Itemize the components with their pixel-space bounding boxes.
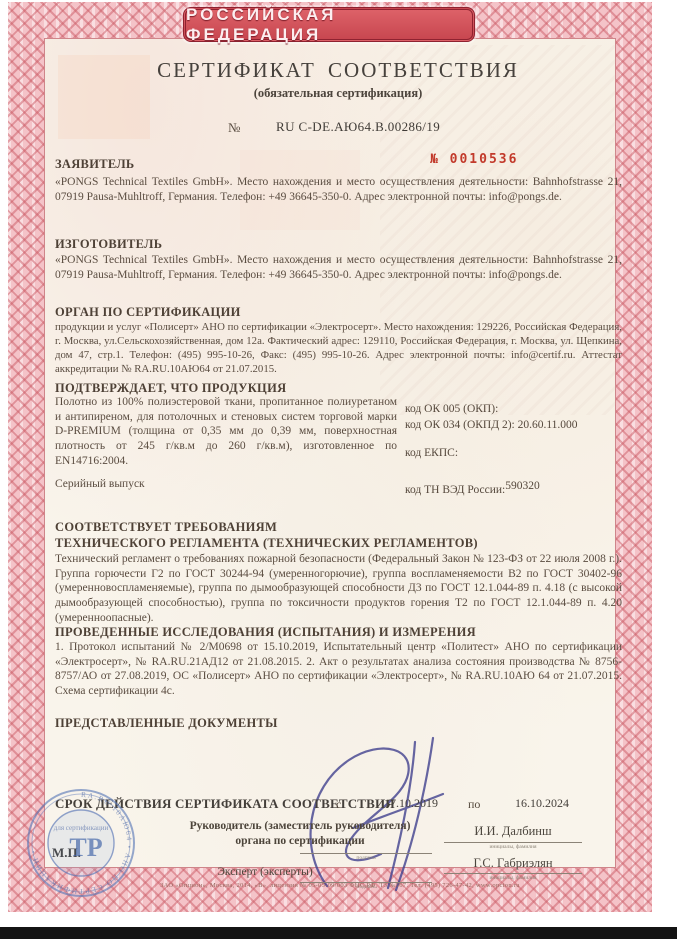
section-compliance-heading2: ТЕХНИЧЕСКОГО РЕГЛАМЕНТА (ТЕХНИЧЕСКИХ РЕГ… (55, 536, 478, 551)
code-okpd2-label: код ОК 034 (ОКПД 2): (405, 419, 515, 431)
certificate-page: РОССИЙСКАЯ ФЕДЕРАЦИЯ СЕРТИФИКАТ СООТВЕТС… (0, 0, 677, 939)
code-ekps-line: код ЕКПС: (405, 447, 458, 459)
section-product-heading: ПОДТВЕРЖДАЕТ, ЧТО ПРОДУКЦИЯ (55, 381, 286, 396)
expert-role: Эксперт (эксперты) (160, 866, 370, 878)
code-okpd2-line: код ОК 034 (ОКПД 2): 20.60.11.000 (405, 419, 578, 431)
head-signature-caption: подпись (300, 855, 432, 861)
section-compliance-heading1: СООТВЕТСТВУЕТ ТРЕБОВАНИЯМ (55, 520, 277, 535)
stamp-tr-mark: ТР (69, 833, 102, 862)
code-tnved-value: 590320 (505, 480, 540, 492)
head-role-line1: Руководитель (заместитель руководителя) (150, 820, 450, 832)
validity-to-date: 16.10.2024 (515, 796, 569, 811)
round-stamp-icon: RA.RU.10АЮ64 • АНО ПО СЕРТИФИКАЦИИ • для… (24, 786, 138, 900)
head-signature-line (300, 853, 432, 854)
code-ekps-label: код ЕКПС: (405, 447, 458, 459)
head-name-caption: инициалы, фамилия (444, 844, 582, 850)
stamp-inner-label: для сертификации (54, 824, 109, 832)
code-tnved-line: код ТН ВЭД России:590320 (405, 484, 540, 496)
section-applicant-heading: ЗАЯВИТЕЛЬ (55, 157, 135, 172)
certificate-title: СЕРТИФИКАТ СООТВЕТСТВИЯ (52, 58, 624, 83)
validity-to-label: по (468, 797, 480, 812)
tests-text: 1. Протокол испытаний № 2/М0698 от 15.10… (55, 640, 622, 699)
section-cert-body-heading: ОРГАН ПО СЕРТИФИКАЦИИ (55, 305, 241, 320)
section-documents-heading: ПРЕДСТАВЛЕННЫЕ ДОКУМЕНТЫ (55, 716, 278, 731)
cert-number-label: № (228, 120, 240, 136)
validity-from-label: с (336, 797, 341, 812)
code-okp-line: код ОК 005 (ОКП): (405, 403, 498, 415)
scan-black-bar (0, 927, 677, 939)
cert-number: RU C-DE.АЮ64.В.00286/19 (276, 119, 440, 135)
code-okpd2-value: 20.60.11.000 (518, 419, 578, 431)
rf-banner: РОССИЙСКАЯ ФЕДЕРАЦИЯ (183, 7, 475, 42)
head-role-line2: органа по сертификации (150, 835, 450, 847)
compliance-text: Технический регламент о требованиях пожа… (55, 552, 622, 626)
expert-name-line (444, 873, 582, 874)
code-okp-label: код ОК 005 (ОКП): (405, 403, 498, 415)
product-description: Полотно из 100% полиэстеровой ткани, про… (55, 395, 397, 469)
section-tests-heading: ПРОВЕДЕННЫЕ ИССЛЕДОВАНИЯ (ИСПЫТАНИЯ) И И… (55, 625, 476, 640)
certificate-subtitle: (обязательная сертификация) (52, 86, 624, 101)
form-number: № 0010536 (430, 152, 518, 167)
manufacturer-text: «PONGS Technical Textiles GmbH». Место н… (55, 253, 622, 282)
expert-name-caption: инициалы, фамилия (444, 875, 582, 881)
head-name-line (444, 842, 582, 843)
section-manufacturer-heading: ИЗГОТОВИТЕЛЬ (55, 237, 162, 252)
applicant-text: «PONGS Technical Textiles GmbH». Место н… (55, 175, 622, 204)
code-tnved-label: код ТН ВЭД России: (405, 484, 505, 496)
print-house-footer: ЗАО «Опцион», Москва, 2014, «В», лицензи… (140, 882, 540, 889)
validity-from-date: 17.10.2019 (384, 796, 438, 811)
head-name: И.И. Далбинш (448, 824, 578, 839)
cert-body-text: продукции и услуг «Полисерт» АНО по серт… (55, 320, 622, 376)
rf-banner-label: РОССИЙСКАЯ ФЕДЕРАЦИЯ (186, 5, 472, 45)
expert-name: Г.С. Габриэлян (448, 856, 578, 871)
product-serial: Серийный выпуск (55, 477, 145, 492)
